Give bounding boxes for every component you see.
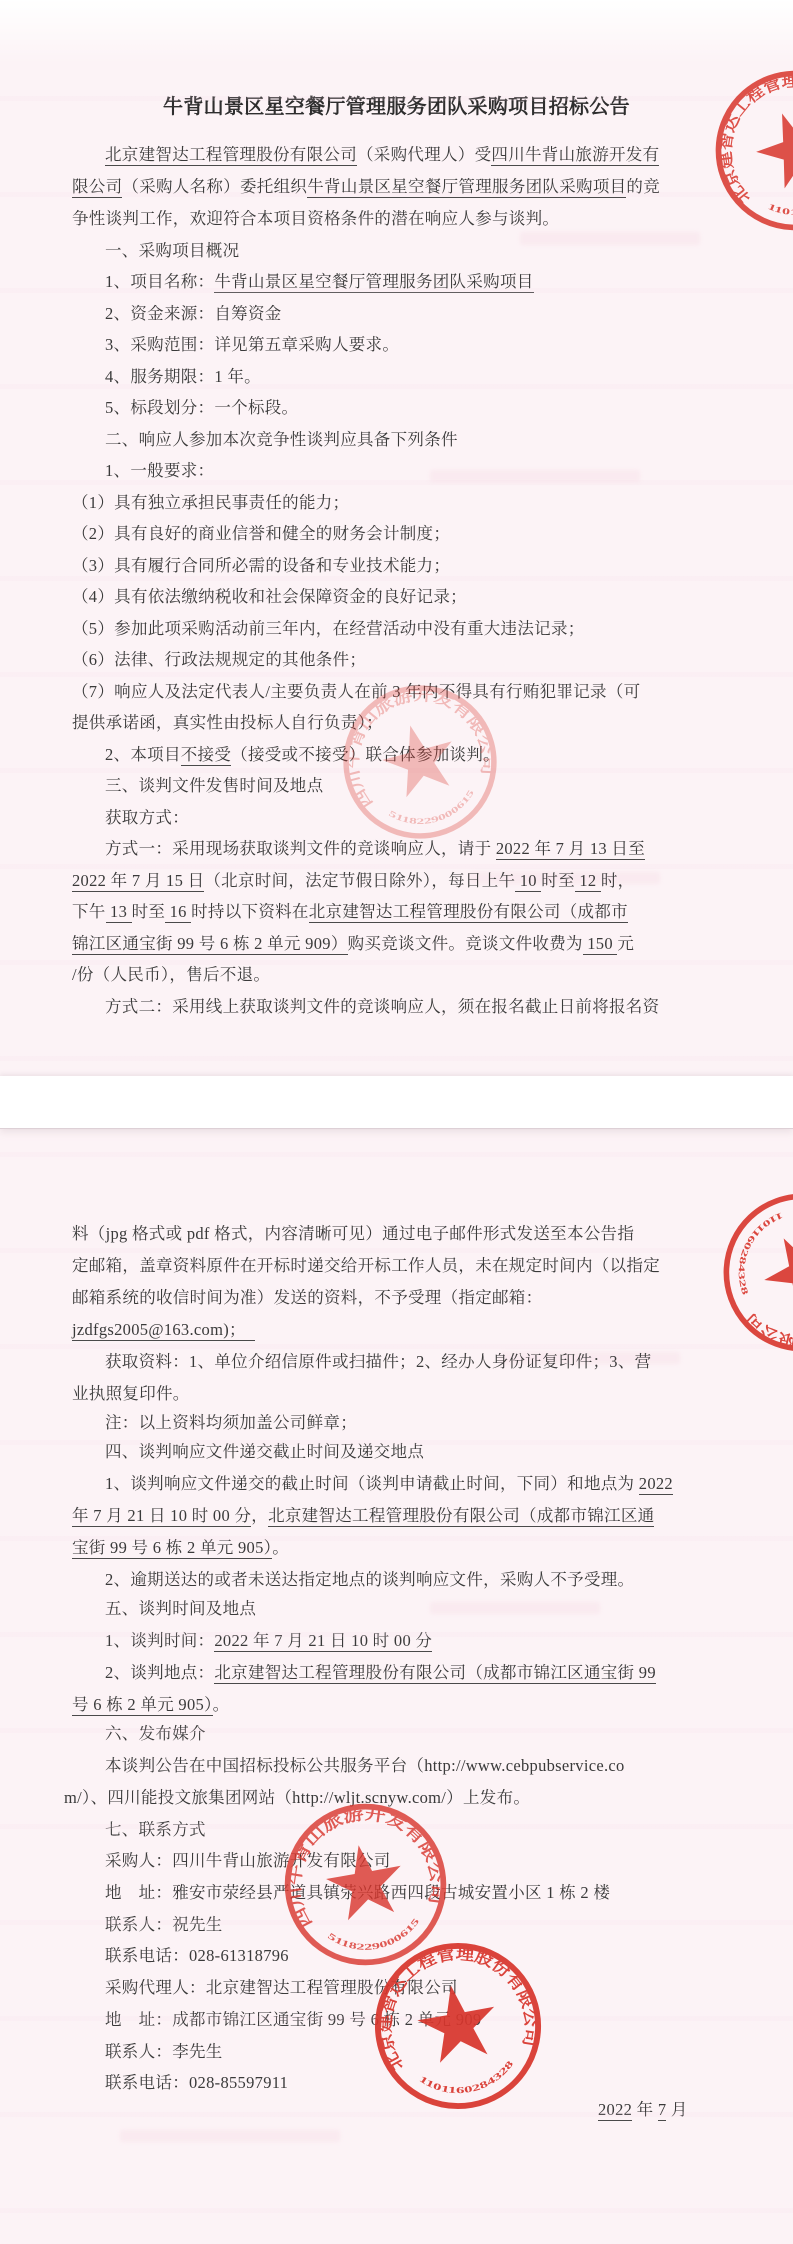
text-line: 本谈判公告在中国招标投标公共服务平台（http://www.cebpubserv… [105,1754,625,1777]
text-segment: 邮箱系统的收信时间为准）发送的资料，不予受理（指定邮箱： [72,1288,542,1307]
text-line: 六、发布媒介 [105,1722,206,1745]
text-segment: 三、谈判文件发售时间及地点 [105,776,323,795]
page-break [0,1076,793,1128]
underlined-text: 2022 [598,2100,632,2121]
text-line: 1、谈判时间：2022 年 7 月 21 日 10 时 00 分 [105,1629,432,1652]
underlined-text: 年 7 月 21 日 10 时 00 分 [72,1506,251,1527]
text-line: （1）具有独立承担民事责任的能力； [72,491,349,514]
text-segment: 注：以上资料均须加盖公司鲜章； [105,1413,357,1432]
scan-artifact [430,1602,600,1614]
text-segment: 1、项目名称： [105,272,214,291]
text-segment: （5）参加此项采购活动前三年内，在经营活动中没有重大违法记录； [72,619,585,638]
text-segment: 2、资金来源：自筹资金 [105,304,282,323]
text-line: 下午 13 时至 16 时持以下资料在北京建智达工程管理股份有限公司（成都市 [72,900,628,923]
text-line: 锦江区通宝街 99 号 6 栋 2 单元 909）购买竞谈文件。竞谈文件收费为 … [72,932,634,955]
svg-text:1101160284328: 1101160284328 [722,1201,788,1299]
underlined-text: 2022 [639,1474,673,1495]
agency-seal-right-edge-icon: 北京建智达工程管理股份有限公司1101160284328 [716,1186,793,1359]
scan-artifact [120,2130,340,2142]
text-line: 2、资金来源：自筹资金 [105,302,282,325]
text-line: 4、服务期限：1 年。 [105,365,261,388]
text-segment: 2、本项目 [105,745,181,764]
text-segment: 月 [666,2100,687,2119]
text-segment: 时， [601,871,635,890]
text-segment: 联系人：李先生 [105,2042,223,2061]
scan-artifact [520,232,700,245]
text-line: （2）具有良好的商业信誉和健全的财务会计制度； [72,522,450,545]
text-line: 联系人：祝先生 [105,1913,223,1936]
text-segment: /份（人民币），售后不退。 [72,965,270,984]
text-segment: 获取方式： [105,808,189,827]
text-segment: （6）法律、行政法规规定的其他条件； [72,650,366,669]
underlined-text: 北京建智达工程管理股份有限公司（成都市锦江区通宝街 99 [214,1663,656,1684]
underlined-text: 2022 年 7 月 13 日至 [496,839,645,860]
text-segment: 六、发布媒介 [105,1724,206,1743]
text-line: 四、谈判响应文件递交截止时间及递交地点 [105,1440,424,1463]
text-line: 地 址：雅安市荥经县严道具镇荥兴路西四段古城安置小区 1 栋 2 楼 [105,1881,610,1904]
underlined-text: 2022 年 7 月 15 日 [72,871,204,892]
text-segment: （采购代理人）受 [357,145,491,164]
text-segment: 采购代理人：北京建智达工程管理股份有限公司 [105,1978,458,1997]
svg-text:1101160284328: 1101160284328 [416,2057,519,2103]
text-segment: 获取资料：1、单位介绍信原件或扫描件；2、经办人身份证复印件；3、营 [105,1352,651,1371]
text-segment: （4）具有依法缴纳税收和社会保障资金的良好记录； [72,587,467,606]
text-line: 1、项目名称：牛背山景区星空餐厅管理服务团队采购项目 [105,270,534,293]
text-segment: （1）具有独立承担民事责任的能力； [72,493,349,512]
svg-text:北京建智达工程管理股份有限公司: 北京建智达工程管理股份有限公司 [738,1186,793,1359]
text-segment: m/）、四川能投文旅集团网站（http://wljt.scnyw.com/）上发… [64,1788,530,1807]
text-line: 限公司（采购人名称）委托组织牛背山景区星空餐厅管理服务团队采购项目的竞 [72,175,660,198]
text-line: 一、采购项目概况 [105,239,239,262]
text-segment: 下午 [72,902,106,921]
text-segment: 联系电话：028-85597911 [105,2073,288,2092]
text-line: 3、采购范围：详见第五章采购人要求。 [105,333,399,356]
underlined-text: 12 [575,871,601,892]
text-segment: （接受或不接受）联合体参加谈判。 [231,745,500,764]
text-line: 提供承诺函，真实性由投标人自行负责）； [72,711,383,734]
text-segment: （2）具有良好的商业信誉和健全的财务会计制度； [72,524,450,543]
text-segment: 购买竞谈文件。竞谈文件收费为 [348,934,583,953]
text-segment: 2、谈判地点： [105,1663,214,1682]
text-segment: 地 址：成都市锦江区通宝街 99 号 6 栋 2 单元 909 [105,2010,481,2029]
text-line: /份（人民币），售后不退。 [72,963,270,986]
svg-text:1101160284328: 1101160284328 [763,169,793,229]
svg-text:5118229000615: 5118229000615 [385,787,480,836]
text-line: 方式二：采用线上获取谈判文件的竞谈响应人，须在报名截止日前将报名资 [105,995,659,1018]
text-line: （4）具有依法缴纳税收和社会保障资金的良好记录； [72,585,467,608]
text-segment: 联系人：祝先生 [105,1915,223,1934]
text-segment: 。 [213,1695,230,1714]
underlined-text: 不接受 [181,745,231,766]
text-line: 五、谈判时间及地点 [105,1597,256,1620]
text-line: 年 7 月 21 日 10 时 00 分，北京建智达工程管理股份有限公司（成都市… [72,1504,654,1527]
text-line: 采购人：四川牛背山旅游开发有限公司 [105,1849,391,1872]
underlined-text: 北京建智达工程管理股份有限公司（成都市 [309,902,628,923]
text-segment: 元 [617,934,634,953]
text-segment: 二、响应人参加本次竞争性谈判应具备下列条件 [105,430,458,449]
text-line: 定邮箱，盖章资料原件在开标时递交给开标工作人员，未在规定时间内（以指定 [72,1254,660,1277]
text-segment: 2、逾期送达的或者未送达指定地点的谈判响应文件，采购人不予受理。 [105,1570,634,1589]
text-segment: 。 [272,1538,289,1557]
text-segment: 牛背山景区星空餐厅管理服务团队采购项目招标公告 [163,96,630,118]
text-line: 方式一：采用现场获取谈判文件的竞谈响应人，请于 2022 年 7 月 13 日至 [105,837,645,860]
text-line: 争性谈判工作，欢迎符合本项目资格条件的潜在响应人参与谈判。 [72,207,559,230]
text-line: 2、谈判地点：北京建智达工程管理股份有限公司（成都市锦江区通宝街 99 [105,1661,656,1684]
text-segment: 地 址：雅安市荥经县严道具镇荥兴路西四段古城安置小区 1 栋 2 楼 [105,1883,610,1902]
text-line: 获取资料：1、单位介绍信原件或扫描件；2、经办人身份证复印件；3、营 [105,1350,651,1373]
text-line: 料（jpg 格式或 pdf 格式，内容清晰可见）通过电子邮件形式发送至本公告指 [72,1222,634,1245]
text-segment: 时持以下资料在 [191,902,309,921]
underlined-text: 限公司 [72,177,122,198]
text-segment: 1、一般要求： [105,461,214,480]
underlined-text: 150 [583,934,618,955]
text-segment: 联系电话：028-61318796 [105,1946,289,1965]
text-line: 获取方式： [105,806,189,829]
text-segment: （北京时间，法定节假日除外），每日上午 [204,871,515,890]
text-segment: 本谈判公告在中国招标投标公共服务平台（http://www.cebpubserv… [105,1756,625,1775]
text-segment: 4、服务期限：1 年。 [105,367,261,386]
underlined-text: 牛背山景区星空餐厅管理服务团队采购项目 [307,177,626,198]
text-line: 联系电话：028-85597911 [105,2071,288,2094]
text-segment: 一、采购项目概况 [105,241,239,260]
text-line: 5、标段划分：一个标段。 [105,396,298,419]
text-line: （3）具有履行合同所必需的设备和专业技术能力； [72,554,450,577]
text-line: 北京建智达工程管理股份有限公司（采购代理人）受四川牛背山旅游开发有 [105,143,659,166]
text-segment: 料（jpg 格式或 pdf 格式，内容清晰可见）通过电子邮件形式发送至本公告指 [72,1224,634,1243]
text-line: （6）法律、行政法规规定的其他条件； [72,648,366,671]
text-segment: 1、谈判时间： [105,1631,214,1650]
svg-text:北京建智达工程管理股份有限公司: 北京建智达工程管理股份有限公司 [367,1935,546,2076]
text-line: 2、本项目不接受（接受或不接受）联合体参加谈判。 [105,743,500,766]
underlined-text: jzdfgs2005@163.com)； [72,1320,255,1341]
underlined-text: 16 [165,902,191,923]
text-segment: 时至 [132,902,166,921]
text-line: 采购代理人：北京建智达工程管理股份有限公司 [105,1976,458,1999]
scan-artifact [430,470,640,482]
text-line: 二、响应人参加本次竞争性谈判应具备下列条件 [105,428,458,451]
text-segment: 3、采购范围：详见第五章采购人要求。 [105,335,399,354]
text-line: 七、联系方式 [105,1818,206,1841]
document-title: 牛背山景区星空餐厅管理服务团队采购项目招标公告 [0,96,793,119]
text-segment: 业执照复印件。 [72,1384,190,1403]
text-line: （5）参加此项采购活动前三年内，在经营活动中没有重大违法记录； [72,617,585,640]
text-line: m/）、四川能投文旅集团网站（http://wljt.scnyw.com/）上发… [64,1786,530,1809]
underlined-text: 北京建智达工程管理股份有限公司（成都市锦江区通 [268,1506,654,1527]
text-segment: 方式一：采用现场获取谈判文件的竞谈响应人，请于 [105,839,496,858]
text-segment: 时至 [541,871,575,890]
text-line: 三、谈判文件发售时间及地点 [105,774,323,797]
underlined-text: 宝街 99 号 6 栋 2 单元 905） [72,1538,272,1559]
text-line: （7）响应人及法定代表人/主要负责人在前 3 年内不得具有行贿犯罪记录（可 [72,680,640,703]
text-line: 2、逾期送达的或者未送达指定地点的谈判响应文件，采购人不予受理。 [105,1568,634,1591]
designated-email: jzdfgs2005@163.com)； [72,1318,255,1341]
underlined-text: 锦江区通宝街 99 号 6 栋 2 单元 909） [72,934,348,955]
text-segment: ， [251,1506,268,1525]
text-segment: 的竞 [626,177,660,196]
text-segment: 四、谈判响应文件递交截止时间及递交地点 [105,1442,424,1461]
svg-text:5118229000615: 5118229000615 [324,1914,425,1959]
underlined-text: 2022 年 7 月 21 日 10 时 00 分 [214,1631,432,1652]
text-segment: （7）响应人及法定代表人/主要负责人在前 3 年内不得具有行贿犯罪记录（可 [72,682,640,701]
text-line: 1、一般要求： [105,459,214,482]
underlined-text: 北京建智达工程管理股份有限公司 [105,145,357,166]
scanned-document-sheet: 牛背山景区星空餐厅管理服务团队采购项目招标公告北京建智达工程管理股份有限公司（采… [0,0,793,2244]
text-segment: 争性谈判工作，欢迎符合本项目资格条件的潜在响应人参与谈判。 [72,209,559,228]
text-line: 1、谈判响应文件递交的截止时间（谈判申请截止时间，下同）和地点为 2022 [105,1472,673,1495]
text-segment: 七、联系方式 [105,1820,206,1839]
text-line: 注：以上资料均须加盖公司鲜章； [105,1411,357,1434]
text-line: 业执照复印件。 [72,1382,190,1405]
text-line: 邮箱系统的收信时间为准）发送的资料，不予受理（指定邮箱： [72,1286,542,1309]
text-segment: （采购人名称）委托组织 [122,177,307,196]
underlined-text: 13 [106,902,132,923]
text-line: 2022 年 7 月 15 日（北京时间，法定节假日除外），每日上午 10 时至… [72,869,634,892]
underlined-text: 10 [515,871,541,892]
underlined-text: 号 6 栋 2 单元 905） [72,1695,213,1716]
text-segment: 定邮箱，盖章资料原件在开标时递交给开标工作人员，未在规定时间内（以指定 [72,1256,660,1275]
text-line: 联系电话：028-61318796 [105,1944,289,1967]
text-line: 联系人：李先生 [105,2040,223,2063]
text-line: 号 6 栋 2 单元 905）。 [72,1693,229,1716]
text-line: 地 址：成都市锦江区通宝街 99 号 6 栋 2 单元 909 [105,2008,481,2031]
underlined-text: 牛背山景区星空餐厅管理服务团队采购项目 [214,272,533,293]
text-segment: 5、标段划分：一个标段。 [105,398,298,417]
svg-text:北京建智达工程管理股份有限公司: 北京建智达工程管理股份有限公司 [708,63,793,211]
text-segment: 采购人：四川牛背山旅游开发有限公司 [105,1851,391,1870]
agency-seal-top-right-icon: 北京建智达工程管理股份有限公司1101160284328 [708,63,793,238]
text-segment: （3）具有履行合同所必需的设备和专业技术能力； [72,556,450,575]
text-segment: 1、谈判响应文件递交的截止时间（谈判申请截止时间，下同）和地点为 [105,1474,639,1493]
text-line: 宝街 99 号 6 栋 2 单元 905）。 [72,1536,289,1559]
text-segment: 提供承诺函，真实性由投标人自行负责）； [72,713,383,732]
text-segment: 五、谈判时间及地点 [105,1599,256,1618]
text-segment: 年 [632,2100,658,2119]
underlined-text: 四川牛背山旅游开发有 [491,145,659,166]
text-segment: 方式二：采用线上获取谈判文件的竞谈响应人，须在报名截止日前将报名资 [105,997,659,1016]
date-line: 2022 年 7 月 [598,2098,688,2121]
